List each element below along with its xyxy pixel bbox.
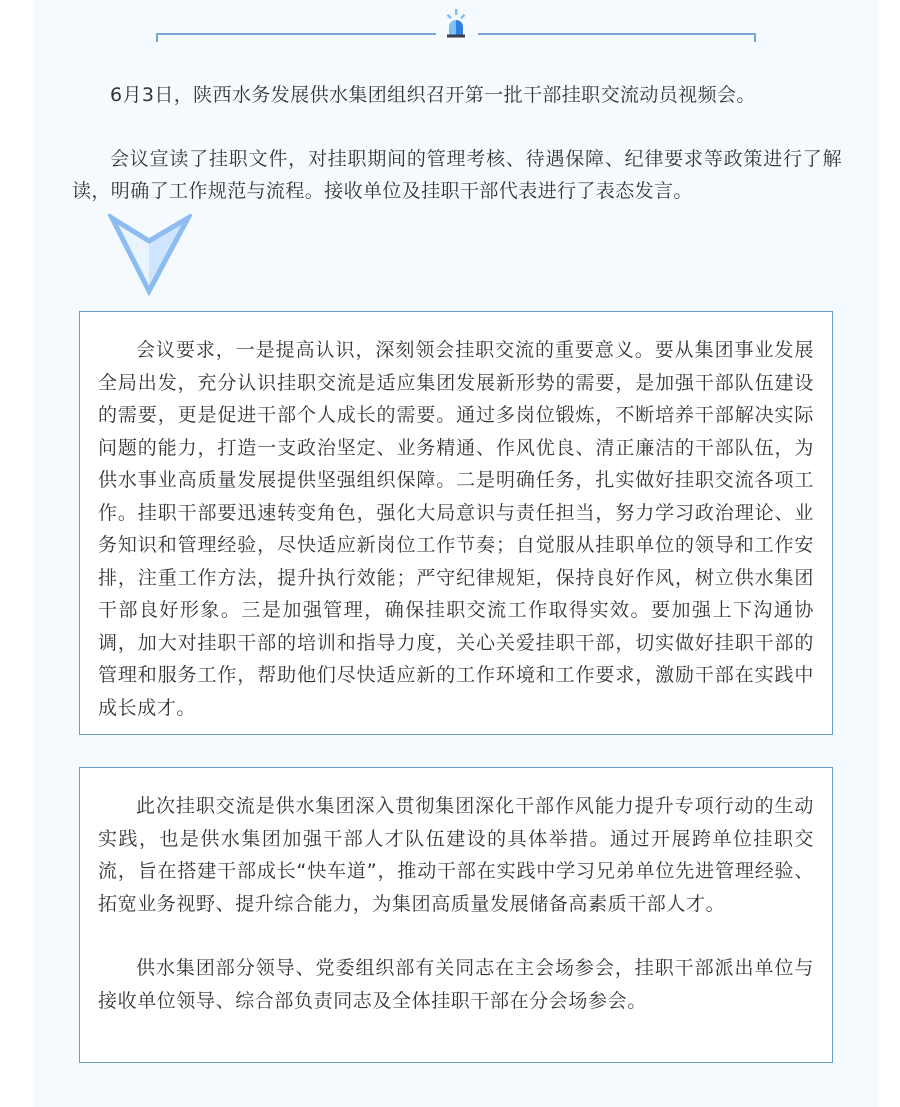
header-divider-right [478,33,756,42]
down-arrow-triangle-icon [108,214,192,296]
intro-paragraph: 6月3日，陕西水务发展供水集团组织召开第一批干部挂职交流动员视频会。 [72,79,842,111]
box-paragraph: 供水集团部分领导、党委组织部有关同志在主会场参会，挂职干部派出单位与接收单位领导… [98,952,814,1017]
meeting-requirements-box: 会议要求，一是提高认识，深刻领会挂职交流的重要意义。要从集团事业发展全局出发，充… [79,311,833,735]
header-divider-left [156,33,436,42]
exchange-summary-box: 此次挂职交流是供水集团深入贯彻集团深化干部作风能力提升专项行动的生动实践，也是供… [79,767,833,1063]
intro-paragraph: 会议宣读了挂职文件，对挂职期间的管理考核、待遇保障、纪律要求等政策进行了解读，明… [72,143,842,207]
box-paragraph: 会议要求，一是提高认识，深刻领会挂职交流的重要意义。要从集团事业发展全局出发，充… [98,334,814,724]
siren-alarm-icon [444,8,468,38]
box-paragraph: 此次挂职交流是供水集团深入贯彻集团深化干部作风能力提升专项行动的生动实践，也是供… [98,790,814,920]
